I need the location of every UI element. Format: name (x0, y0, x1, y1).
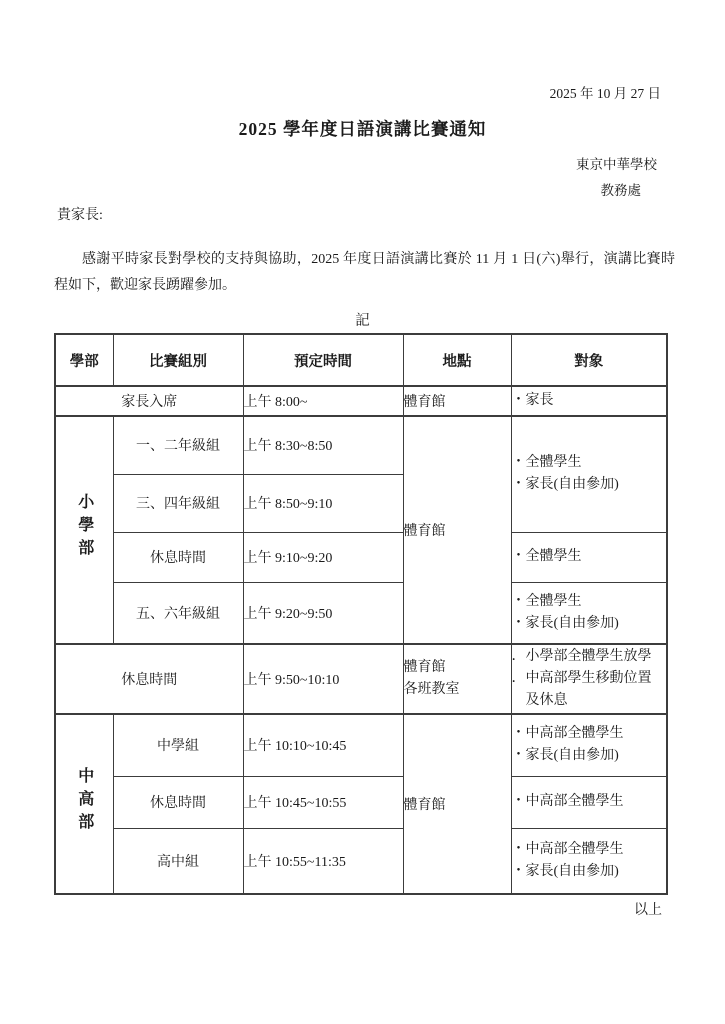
page-title: 2025 學年度日語演講比賽通知 (0, 116, 725, 141)
office-name: 教務處 (0, 179, 641, 199)
audience-line: ・家長(自由參加) (512, 474, 667, 496)
cell-time: 上午 9:50~10:10 (243, 644, 403, 714)
cell-time: 上午 10:45~10:55 (243, 776, 403, 828)
cell-audience: ・中高部全體學生 (511, 776, 667, 828)
table-header-row: 學部 比賽組別 預定時間 地點 對象 (55, 334, 667, 386)
cell-audience: ・家長 (511, 386, 667, 416)
cell-time: 上午 8:30~8:50 (243, 416, 403, 474)
cell-place: 體育館 (403, 714, 511, 894)
cell-audience: ・全體學生 (511, 532, 667, 582)
cell-group: 中學組 (113, 714, 243, 776)
cell-group: 家長入席 (55, 386, 243, 416)
cell-group: 一、二年級組 (113, 416, 243, 474)
closing-mark: 以上 (54, 899, 666, 919)
body-paragraph: 感謝平時家長對學校的支持與協助，2025 年度日語演講比賽於 11 月 1 日(… (54, 247, 675, 299)
table-row: 中高部 中學組 上午 10:10~10:45 體育館 ・中高部全體學生 ・家長(… (55, 714, 667, 776)
cell-time: 上午 8:50~9:10 (243, 474, 403, 532)
cell-time: 上午 10:55~11:35 (243, 828, 403, 894)
audience-line: ．中高部學生移動位置 (512, 668, 667, 690)
table-row: 休息時間 上午 9:50~10:10 體育館 各班教室 ．小學部全體學生放學 ．… (55, 644, 667, 714)
salutation: 貴家長: (57, 204, 725, 224)
audience-line: ・全體學生 (512, 591, 667, 613)
audience-line: ・家長(自由參加) (512, 861, 667, 883)
table-caption: 記 (0, 309, 725, 330)
audience-line: 及休息 (512, 690, 667, 712)
audience-line: ・中高部全體學生 (512, 723, 667, 745)
place-line: 體育館 (404, 657, 511, 679)
header-group: 比賽組別 (113, 334, 243, 386)
place-line: 各班教室 (404, 679, 511, 701)
audience-line: ．小學部全體學生放學 (512, 646, 667, 668)
notice-document: 2025 年 10 月 27 日 2025 學年度日語演講比賽通知 東京中華學校… (0, 0, 725, 1024)
dept-label-secondary: 中高部 (73, 767, 96, 836)
audience-line: ・家長(自由參加) (512, 745, 667, 767)
school-name: 東京中華學校 (0, 153, 657, 173)
cell-dept: 小學部 (55, 416, 113, 644)
table-row: 家長入席 上午 8:00~ 體育館 ・家長 (55, 386, 667, 416)
cell-group: 休息時間 (113, 776, 243, 828)
cell-place: 體育館 (403, 416, 511, 644)
cell-group: 休息時間 (113, 532, 243, 582)
cell-group: 三、四年級組 (113, 474, 243, 532)
header-audience: 對象 (511, 334, 667, 386)
audience-line: ・家長(自由參加) (512, 613, 667, 635)
cell-time: 上午 10:10~10:45 (243, 714, 403, 776)
table-row: 小學部 一、二年級組 上午 8:30~8:50 體育館 ・全體學生 ・家長(自由… (55, 416, 667, 474)
audience-line: ・中高部全體學生 (512, 791, 667, 813)
table-row: 休息時間 上午 10:45~10:55 ・中高部全體學生 (55, 776, 667, 828)
audience-line: ・中高部全體學生 (512, 839, 667, 861)
header-dept: 學部 (55, 334, 113, 386)
cell-dept: 中高部 (55, 714, 113, 894)
cell-place: 體育館 各班教室 (403, 644, 511, 714)
cell-group: 高中組 (113, 828, 243, 894)
schedule-table: 學部 比賽組別 預定時間 地點 對象 家長入席 上午 8:00~ 體育館 ・家長… (54, 333, 668, 895)
table-row: 五、六年級組 上午 9:20~9:50 ・全體學生 ・家長(自由參加) (55, 582, 667, 644)
cell-place: 體育館 (403, 386, 511, 416)
cell-group: 五、六年級組 (113, 582, 243, 644)
cell-audience: ・中高部全體學生 ・家長(自由參加) (511, 828, 667, 894)
cell-audience: ・全體學生 ・家長(自由參加) (511, 416, 667, 532)
table-row: 高中組 上午 10:55~11:35 ・中高部全體學生 ・家長(自由參加) (55, 828, 667, 894)
table-row: 休息時間 上午 9:10~9:20 ・全體學生 (55, 532, 667, 582)
cell-audience: ．小學部全體學生放學 ．中高部學生移動位置 及休息 (511, 644, 667, 714)
document-date: 2025 年 10 月 27 日 (0, 82, 661, 102)
cell-time: 上午 9:10~9:20 (243, 532, 403, 582)
cell-time: 上午 8:00~ (243, 386, 403, 416)
audience-line: ・全體學生 (512, 546, 667, 568)
cell-audience: ・中高部全體學生 ・家長(自由參加) (511, 714, 667, 776)
audience-line: ・家長 (512, 390, 667, 412)
cell-time: 上午 9:20~9:50 (243, 582, 403, 644)
header-place: 地點 (403, 334, 511, 386)
cell-group: 休息時間 (55, 644, 243, 714)
header-time: 預定時間 (243, 334, 403, 386)
cell-audience: ・全體學生 ・家長(自由參加) (511, 582, 667, 644)
dept-label-elementary: 小學部 (73, 493, 96, 562)
audience-line: ・全體學生 (512, 452, 667, 474)
